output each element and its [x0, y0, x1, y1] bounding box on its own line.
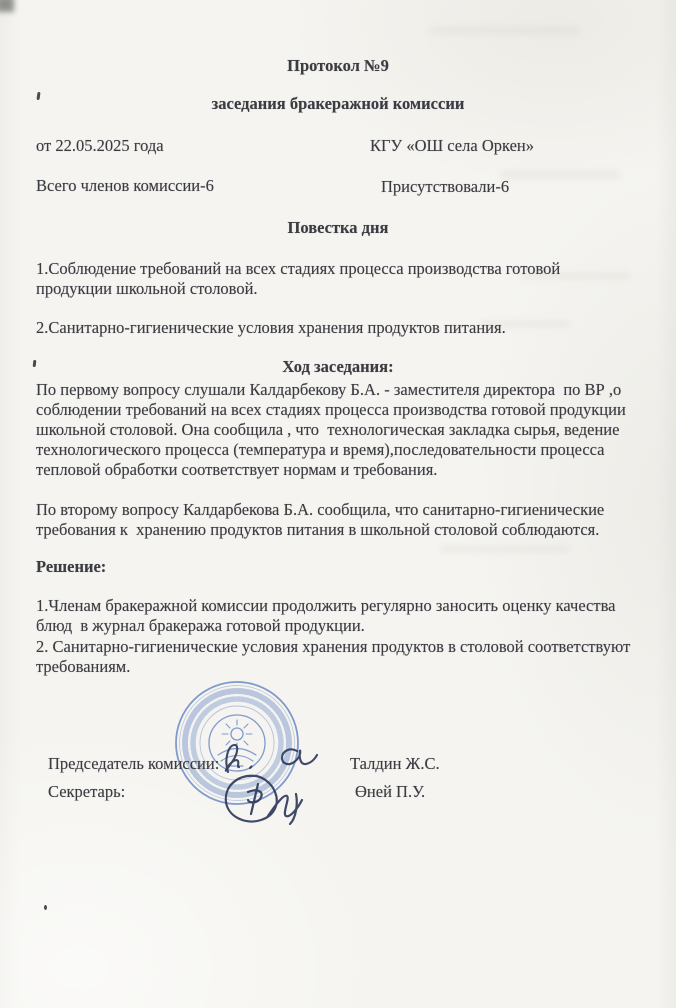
- meta-organization: КГУ «ОШ села Оркен»: [370, 136, 534, 156]
- bleed-through-artifact: [500, 170, 620, 179]
- meta-date: от 22.05.2025 года: [36, 136, 164, 156]
- secretary-signature: [218, 770, 323, 830]
- meta-members-present: Присутствовали-6: [381, 177, 509, 197]
- document-title: Протокол №9: [0, 56, 676, 76]
- scanned-document-page: Протокол №9 заседания бракеражной комисс…: [0, 0, 676, 1008]
- bleed-through-artifact: [430, 26, 580, 35]
- bleed-through-artifact: [440, 545, 570, 553]
- scan-artifact: [44, 905, 47, 910]
- proceedings-paragraph-1: По первому вопросу слушали Калдарбекову …: [36, 380, 651, 480]
- secretary-name: Өней П.У.: [355, 782, 425, 802]
- decision-item-2: 2. Санитарно-гигиенические условия хране…: [36, 637, 651, 677]
- proceedings-heading: Ход заседания:: [0, 357, 676, 377]
- secretary-label: Секретарь:: [48, 782, 125, 802]
- scan-corner-smudge: [0, 0, 14, 12]
- chairman-name: Талдин Ж.С.: [350, 754, 440, 774]
- chairman-label: Председатель комиссии:: [48, 754, 219, 774]
- agenda-item-1: 1.Соблюдение требований на всех стадиях …: [36, 259, 646, 299]
- decision-heading: Решение:: [36, 557, 106, 577]
- agenda-item-2: 2.Санитарно-гигиенические условия хранен…: [36, 318, 646, 338]
- decision-item-1: 1.Членам бракеражной комиссии продолжить…: [36, 596, 651, 636]
- proceedings-paragraph-2: По второму вопросу Калдарбекова Б.А. соо…: [36, 500, 651, 540]
- agenda-heading: Повестка дня: [0, 218, 676, 238]
- document-subtitle: заседания бракеражной комиссии: [0, 94, 676, 114]
- meta-members-total: Всего членов комиссии-6: [36, 176, 214, 196]
